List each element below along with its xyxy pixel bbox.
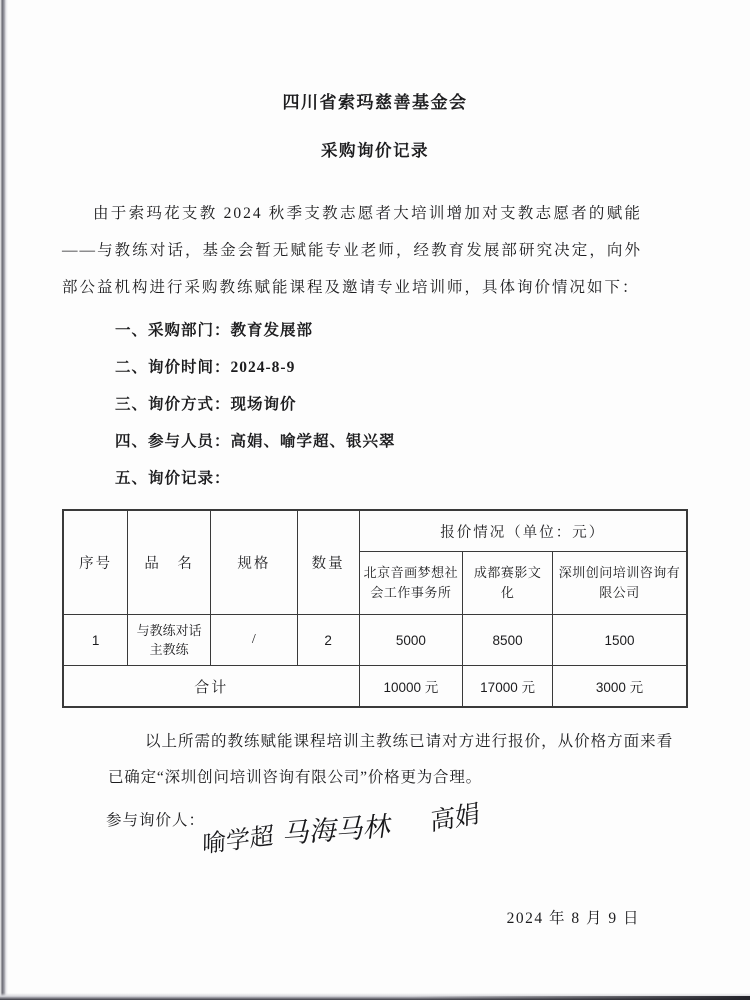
cell-total-chengdu: 17000 元 [463,666,553,708]
scan-edge-bottom [0,993,750,1000]
cell-quote-beijing: 5000 [359,615,463,666]
cell-quote-shenzhen: 1500 [552,615,687,666]
cell-item-name: 与教练对话主教练 [128,615,211,666]
scan-edge-left [0,0,8,1000]
table-row: 1 与教练对话主教练 / 2 5000 8500 1500 [63,615,687,666]
cell-total-beijing: 10000 元 [359,666,463,708]
list-item-participants: 四、参与人员：高娟、喻学超、银兴翠 [62,423,688,460]
conclusion-paragraph: 以上所需的教练赋能课程培训主教练已请对方进行报价，从价格方面来看已确定“深圳创问… [108,724,673,796]
doc-subtitle: 采购询价记录 [62,137,688,161]
signature-gao-juan: 高娟 [430,793,479,838]
col-header-index: 序号 [63,510,128,615]
col-header-qty: 数量 [297,510,359,615]
cell-spec: / [211,615,298,666]
table-header-row-1: 序号 品 名 规格 数量 报价情况（单位：元） [63,510,687,552]
col-header-supplier-beijing: 北京音画梦想社会工作事务所 [359,552,463,615]
col-header-supplier-shenzhen: 深圳创问培训咨询有限公司 [552,552,687,615]
col-header-item: 品 名 [128,510,211,615]
cell-total-shenzhen: 3000 元 [552,666,687,708]
participants-label: 参与询价人： [106,808,205,830]
cell-quote-chengdu: 8500 [463,615,553,666]
col-header-supplier-chengdu: 成都赛影文化 [463,552,553,615]
intro-paragraph: 由于索玛花支教 2024 秋季支教志愿者大培训增加对支教志愿者的赋能——与教练对… [62,195,642,306]
quote-table: 序号 品 名 规格 数量 报价情况（单位：元） 北京音画梦想社会工作事务所 成都… [62,509,688,708]
cell-qty: 2 [297,615,359,666]
numbered-list: 一、采购部门：教育发展部 二、询价时间：2024-8-9 三、询价方式：现场询价… [62,312,688,497]
col-header-quote-group: 报价情况（单位：元） [359,510,687,552]
list-item-purchase-department: 一、采购部门：教育发展部 [62,312,688,349]
doc-date: 2024 年 8 月 9 日 [62,906,640,928]
col-header-spec: 规格 [211,510,298,615]
scanned-document-page: 四川省索玛慈善基金会 采购询价记录 由于索玛花支教 2024 秋季支教志愿者大培… [0,0,750,1000]
signature-mahai-malin: 马海马林 [281,804,394,851]
list-item-inquiry-record: 五、询价记录： [62,460,688,497]
list-item-inquiry-date: 二、询价时间：2024-8-9 [62,349,688,386]
participants-block: 参与询价人： 喻学超 马海马林 高娟 [62,800,688,862]
doc-title: 四川省索玛慈善基金会 [62,88,688,113]
list-item-inquiry-method: 三、询价方式：现场询价 [62,386,688,423]
signature-yu-xuechao: 喻学超 [202,815,274,859]
document-content: 四川省索玛慈善基金会 采购询价记录 由于索玛花支教 2024 秋季支教志愿者大培… [62,88,688,928]
cell-total-label: 合计 [63,666,359,708]
table-total-row: 合计 10000 元 17000 元 3000 元 [63,666,687,708]
cell-index: 1 [63,615,128,666]
